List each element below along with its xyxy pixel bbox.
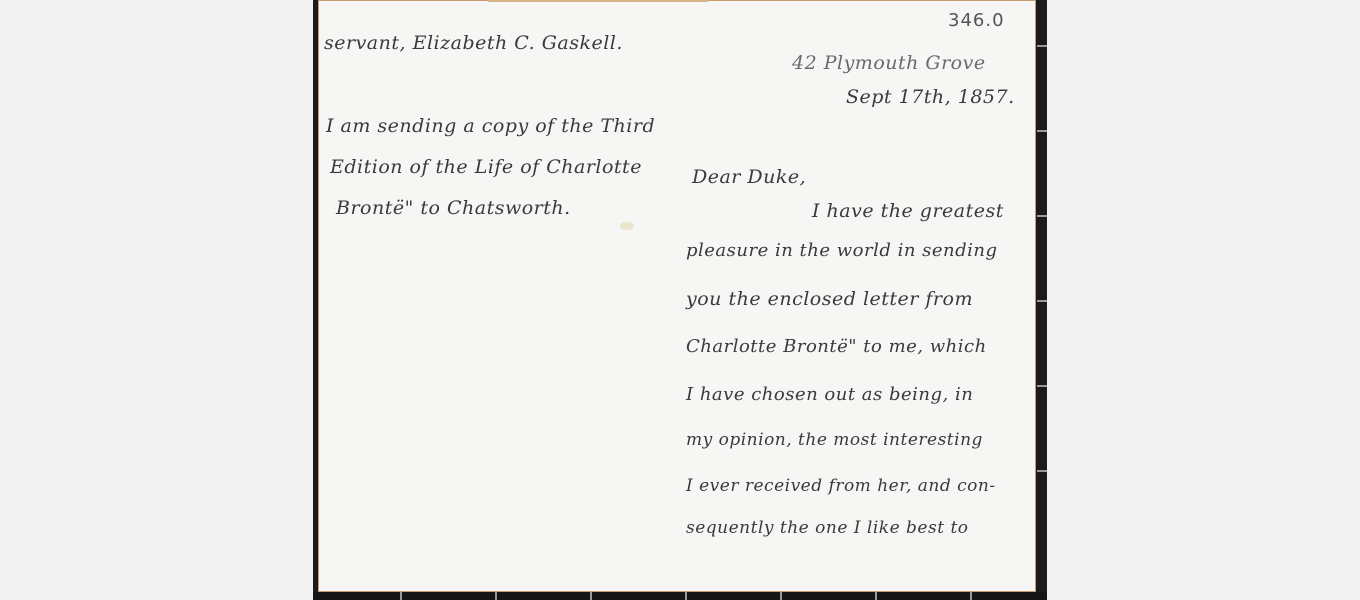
ruler-tick (970, 592, 972, 600)
letter-salutation: Dear Duke, (692, 166, 806, 188)
paper-tape-strip (488, 0, 708, 2)
letter-body-line: sequently the one I like best to (686, 518, 969, 538)
ruler-tick (590, 592, 592, 600)
letter-body-line: Charlotte Brontë" to me, which (686, 336, 987, 357)
letter-body-line: I ever received from her, and con- (686, 476, 996, 496)
ruler-tick (780, 592, 782, 600)
postscript-line: I am sending a copy of the Third (326, 115, 655, 137)
ruler-tick (400, 592, 402, 600)
ruler-tick (1037, 385, 1047, 387)
letter-body-line: I have chosen out as being, in (686, 384, 973, 405)
letter-address: 42 Plymouth Grove (792, 52, 986, 74)
paper-stain (620, 222, 634, 230)
ruler-tick (1037, 470, 1047, 472)
letter-body-line: you the enclosed letter from (686, 288, 973, 310)
letter-body-line: my opinion, the most interesting (686, 430, 983, 450)
letter-body-line: pleasure in the world in sending (686, 240, 998, 261)
postscript-line: Brontë" to Chatsworth. (336, 197, 571, 219)
ruler-tick (1037, 300, 1047, 302)
signature-line: servant, Elizabeth C. Gaskell. (324, 32, 623, 54)
ruler-tick (685, 592, 687, 600)
letter-date: Sept 17th, 1857. (846, 86, 1015, 108)
ruler-tick (1037, 45, 1047, 47)
ruler-tick (1037, 215, 1047, 217)
ruler-tick (495, 592, 497, 600)
postscript-line: Edition of the Life of Charlotte (330, 156, 642, 178)
reference-number: 346.0 (948, 10, 1005, 31)
letter-body-line: I have the greatest (812, 200, 1004, 222)
frame-bottom-edge (313, 592, 1047, 600)
ruler-tick (875, 592, 877, 600)
ruler-tick (1037, 130, 1047, 132)
